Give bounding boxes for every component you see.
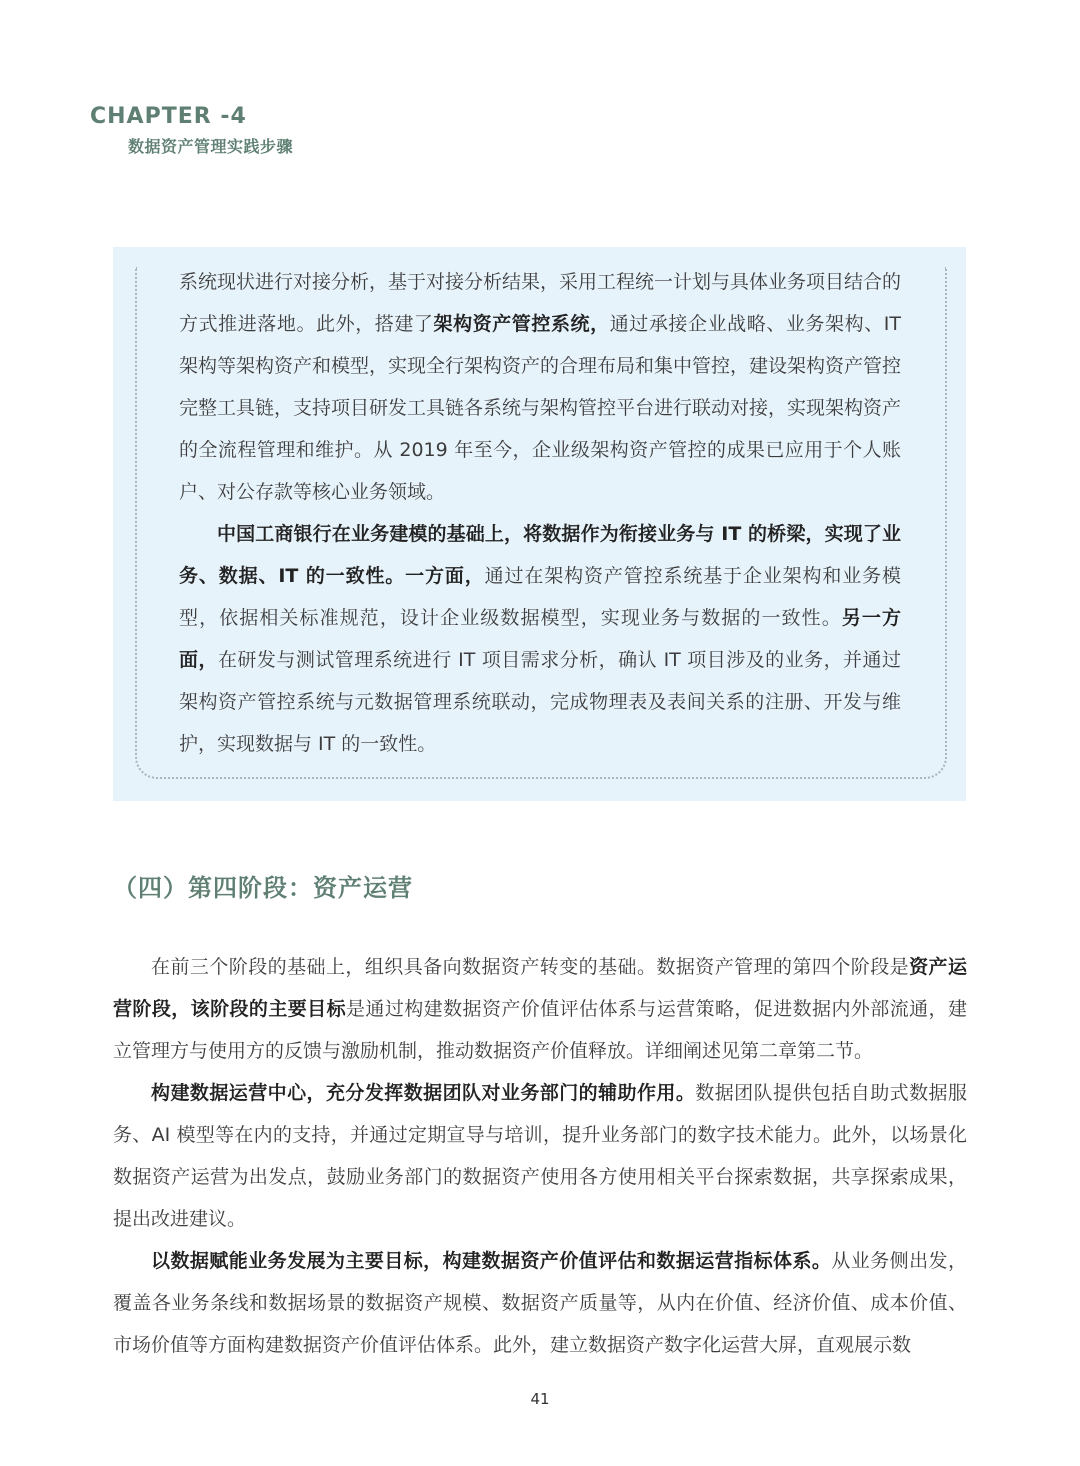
text-run: 在前三个阶段的基础上，组织具备向数据资产转变的基础。数据资产管理的第四个阶段是 [151, 956, 909, 978]
text-run: 数据团队提供包括自助式数据服务、AI 模型等在内的支持，并通过定期宣导与培训，提… [113, 1082, 967, 1230]
section-title: （四）第四阶段：资产运营 [113, 868, 413, 903]
body-paragraph-2: 构建数据运营中心，充分发挥数据团队对业务部门的辅助作用。数据团队提供包括自助式数… [113, 1072, 967, 1240]
page-number: 41 [0, 1390, 1080, 1408]
case-study-text: 系统现状进行对接分析，基于对接分析结果，采用工程统一计划与具体业务项目结合的方式… [179, 261, 901, 765]
bold-run: 构建数据运营中心，充分发挥数据团队对业务部门的辅助作用。 [151, 1082, 695, 1104]
case-paragraph-1: 系统现状进行对接分析，基于对接分析结果，采用工程统一计划与具体业务项目结合的方式… [179, 261, 901, 513]
text-run: 通过承接企业战略、业务架构、IT 架构等架构资产和模型，实现全行架构资产的合理布… [179, 313, 901, 503]
bold-run: 架构资产管控系统， [434, 313, 610, 335]
body-paragraph-3: 以数据赋能业务发展为主要目标，构建数据资产价值评估和数据运营指标体系。从业务侧出… [113, 1240, 967, 1366]
text-run: 在研发与测试管理系统进行 IT 项目需求分析，确认 IT 项目涉及的业务，并通过… [179, 649, 901, 755]
chapter-subtitle: 数据资产管理实践步骤 [128, 134, 293, 157]
chapter-label: CHAPTER -4 [90, 104, 247, 129]
body-paragraph-1: 在前三个阶段的基础上，组织具备向数据资产转变的基础。数据资产管理的第四个阶段是资… [113, 946, 967, 1072]
section-body: 在前三个阶段的基础上，组织具备向数据资产转变的基础。数据资产管理的第四个阶段是资… [113, 946, 967, 1366]
bold-run: 以数据赋能业务发展为主要目标，构建数据资产价值评估和数据运营指标体系。 [151, 1250, 831, 1272]
case-study-box: 系统现状进行对接分析，基于对接分析结果，采用工程统一计划与具体业务项目结合的方式… [113, 247, 966, 801]
case-paragraph-2: 中国工商银行在业务建模的基础上，将数据作为衔接业务与 IT 的桥梁，实现了业务、… [179, 513, 901, 765]
